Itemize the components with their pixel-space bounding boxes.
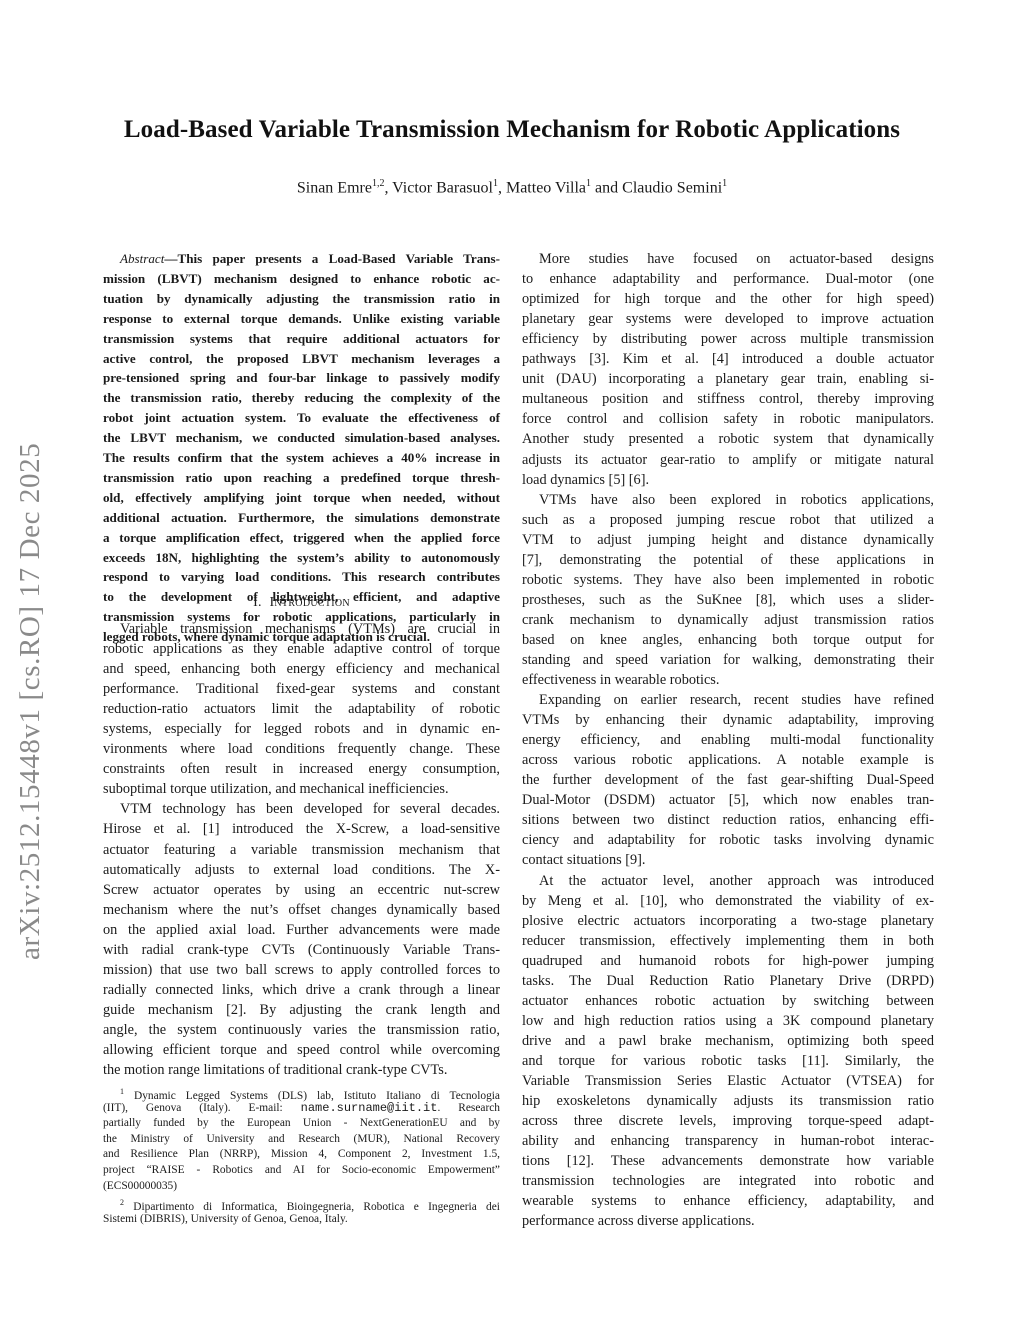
- body-text-line: mission) that use two ball screws to app…: [103, 960, 500, 980]
- arxiv-identifier-stamp: arXiv:2512.15448v1 [cs.RO] 17 Dec 2025: [14, 443, 47, 960]
- body-text-line: Hirose et al. [1] introduced the X-Screw…: [103, 819, 500, 839]
- body-text-line: angle, the system continuously varies th…: [103, 1020, 500, 1040]
- abstract-line: exceeds 18N, highlighting the system’s a…: [103, 548, 500, 567]
- body-text-line: At the actuator level, another approach …: [522, 871, 934, 891]
- body-text-line: robotic applications as they enable adap…: [103, 639, 500, 659]
- abstract-dash: —: [164, 251, 177, 266]
- body-text-line: contact situations [9].: [522, 850, 934, 870]
- body-text-line: standing and speed variation for walking…: [522, 650, 934, 670]
- body-text-line: across various robotic applications. A n…: [522, 750, 934, 770]
- body-text-line: force control and collision safety in ro…: [522, 409, 934, 429]
- body-text-line: [7], demonstrating the potential of thes…: [522, 550, 934, 570]
- body-text-line: pathways [3]. Kim et al. [4] introduced …: [522, 349, 934, 369]
- body-text-line: the further development of the fast gear…: [522, 770, 934, 790]
- body-text-line: systems, especially for legged robots an…: [103, 719, 500, 739]
- section-title: Introduction: [269, 595, 349, 610]
- footnote-line: project “RAISE - Robotics and AI for Soc…: [103, 1162, 500, 1178]
- footnote-text: . Research: [437, 1102, 500, 1114]
- body-text-line: and torque for various robotic tasks [11…: [522, 1051, 934, 1071]
- body-text-line: across three discrete levels, improving …: [522, 1111, 934, 1131]
- body-text-line: and speed, enhancing both energy efficie…: [103, 659, 500, 679]
- body-text-line: robotic systems. They have also been imp…: [522, 570, 934, 590]
- abstract-line: the transmission ratio, thereby reducing…: [103, 388, 500, 407]
- footnote-line: Sistemi (DIBRIS), University of Genoa, G…: [103, 1211, 500, 1227]
- body-text-line: Variable transmission mechanisms (VTMs) …: [103, 619, 500, 639]
- body-text-line: constraints often result in increased en…: [103, 759, 500, 779]
- body-text-line: by Meng et al. [10], who demonstrated th…: [522, 891, 934, 911]
- body-text-line: effectiveness in wearable robotics.: [522, 670, 934, 690]
- body-text-line: planetary gear systems were developed to…: [522, 309, 934, 329]
- abstract-line: Abstract—This paper presents a Load-Base…: [103, 249, 500, 268]
- abstract-line: a torque amplification effect, triggered…: [103, 528, 500, 547]
- abstract-text: This paper presents a Load-Based Variabl…: [177, 251, 500, 266]
- body-text-line: performance across diverse applications.: [522, 1211, 934, 1231]
- body-text-line: tasks. The Dual Reduction Ratio Planetar…: [522, 971, 934, 991]
- abstract-line: additional actuation. Furthermore, the s…: [103, 508, 500, 527]
- body-text-line: energy efficiency, and enabling multi-mo…: [522, 730, 934, 750]
- abstract-line: active control, the proposed LBVT mechan…: [103, 349, 500, 368]
- body-text-line: hip exoskeletons dynamically adjusts its…: [522, 1091, 934, 1111]
- abstract-line: respond to varying load conditions. This…: [103, 567, 500, 586]
- body-text-line: tions [12]. These advancements demonstra…: [522, 1151, 934, 1171]
- footnote-line: 1 Dynamic Legged Systems (DLS) lab, Isti…: [103, 1084, 500, 1100]
- body-text-line: on the applied axial load. Further advan…: [103, 920, 500, 940]
- body-text-line: actuator featuring a variable transmissi…: [103, 840, 500, 860]
- body-text-line: prostheses, such as the SuKnee [8], whic…: [522, 590, 934, 610]
- body-text-line: load dynamics [5] [6].: [522, 470, 934, 490]
- left-column-text: Abstract—This paper presents a Load-Base…: [103, 0, 500, 1325]
- body-text-line: suboptimal torque utilization, and mecha…: [103, 779, 500, 799]
- footnote-line: the Ministry of University and Research …: [103, 1131, 500, 1147]
- section-heading-introduction: I. Introduction: [103, 595, 500, 611]
- body-text-line: radially connected links, which drive a …: [103, 980, 500, 1000]
- abstract-line: tuation by dynamically adjusting the tra…: [103, 289, 500, 308]
- body-text-line: efficiency by distributing power across …: [522, 329, 934, 349]
- body-text-line: More studies have focused on actuator-ba…: [522, 249, 934, 269]
- abstract-line: old, effectively amplifying joint torque…: [103, 488, 500, 507]
- body-text-line: the motion range limitations of traditio…: [103, 1060, 500, 1080]
- footnote-line: (ECS00000035): [103, 1178, 500, 1194]
- footnote-mark: 2: [120, 1198, 124, 1207]
- footnote-text: (IIT), Genova (Italy). E-mail:: [103, 1102, 301, 1114]
- body-text-line: low and high reduction ratios using a 3K…: [522, 1011, 934, 1031]
- body-text-line: guide mechanism [2]. By adjusting the cr…: [103, 1000, 500, 1020]
- body-text-line: optimized for high torque and the other …: [522, 289, 934, 309]
- abstract-line: transmission ratio upon reaching a prede…: [103, 468, 500, 487]
- body-text-line: Screw actuator operates by using an ecce…: [103, 880, 500, 900]
- abstract-line: pre-tensioned spring and four-bar linkag…: [103, 368, 500, 387]
- body-text-line: transmission technologies are integrated…: [522, 1171, 934, 1191]
- footnote-line: (IIT), Genova (Italy). E-mail: name.surn…: [103, 1100, 500, 1116]
- body-text-line: Another study presented a robotic system…: [522, 429, 934, 449]
- body-text-line: actuator enhances robotic actuation by s…: [522, 991, 934, 1011]
- body-text-line: Expanding on earlier research, recent st…: [522, 690, 934, 710]
- right-column: More studies have focused on actuator-ba…: [522, 0, 934, 1325]
- body-text-line: such as a proposed jumping rescue robot …: [522, 510, 934, 530]
- body-text-line: wearable systems to enhance efficiency, …: [522, 1191, 934, 1211]
- body-text-line: ciency and adaptability for robotic task…: [522, 830, 934, 850]
- body-text-line: allowing efficient torque and speed cont…: [103, 1040, 500, 1060]
- footnote-mark: 1: [120, 1087, 124, 1096]
- abstract-line: the LBVT mechanism, we conducted simulat…: [103, 428, 500, 447]
- footnote-line: partially funded by the European Union -…: [103, 1115, 500, 1131]
- abstract-label: Abstract: [120, 251, 164, 266]
- body-text-line: adjusts its actuator gear-ratio to ampli…: [522, 450, 934, 470]
- body-text-line: VTM to adjust jumping height and distanc…: [522, 530, 934, 550]
- body-text-line: VTMs by enhancing their dynamic adaptabi…: [522, 710, 934, 730]
- body-text-line: reduction-ratio actuators limit the adap…: [103, 699, 500, 719]
- footnote-line: 2 Dipartimento di Informatica, Bioingegn…: [103, 1195, 500, 1211]
- body-text-line: Dual-Motor (DSDM) actuator [5], which no…: [522, 790, 934, 810]
- abstract-line: mission (LBVT) mechanism designed to enh…: [103, 269, 500, 288]
- body-text-line: ability and enhancing transparency in hu…: [522, 1131, 934, 1151]
- body-text-line: vironments where load conditions frequen…: [103, 739, 500, 759]
- body-text-line: quadruped and humanoid robots for high-p…: [522, 951, 934, 971]
- body-text-line: performance. Traditional fixed-gear syst…: [103, 679, 500, 699]
- abstract-line: The results confirm that the system achi…: [103, 448, 500, 467]
- abstract-line: robot joint actuation system. To evaluat…: [103, 408, 500, 427]
- section-number: I.: [253, 595, 262, 610]
- body-text-line: multaneous position and stiffness contro…: [522, 389, 934, 409]
- body-text-line: VTM technology has been developed for se…: [103, 799, 500, 819]
- footnote-line: and Resilience Plan (NRRP), Mission 4, C…: [103, 1146, 500, 1162]
- body-text-line: drive and a pawl brake mechanism, optimi…: [522, 1031, 934, 1051]
- body-text-line: crank mechanism to dynamically adjust tr…: [522, 610, 934, 630]
- body-text-line: sitions between two distinct reduction r…: [522, 810, 934, 830]
- body-text-line: Variable Transmission Series Elastic Act…: [522, 1071, 934, 1091]
- email-link[interactable]: name.surname@iit.it: [301, 1101, 438, 1115]
- body-text-line: mechanism where the nut’s offset changes…: [103, 900, 500, 920]
- body-text-line: with radial crank-type CVTs (Continuousl…: [103, 940, 500, 960]
- abstract-line: response to external torque demands. Unl…: [103, 309, 500, 328]
- body-text-line: to enhance adaptability and performance.…: [522, 269, 934, 289]
- body-text-line: VTMs have also been explored in robotics…: [522, 490, 934, 510]
- body-text-line: plosive electric actuators incorporating…: [522, 911, 934, 931]
- body-text-line: reducer transmission, effectively implem…: [522, 931, 934, 951]
- abstract-line: transmission systems that require additi…: [103, 329, 500, 348]
- body-text-line: automatically adjusts to external load c…: [103, 860, 500, 880]
- body-text-line: based on knee angles, enhancing both tor…: [522, 630, 934, 650]
- body-text-line: unit (DAU) incorporating a planetary gea…: [522, 369, 934, 389]
